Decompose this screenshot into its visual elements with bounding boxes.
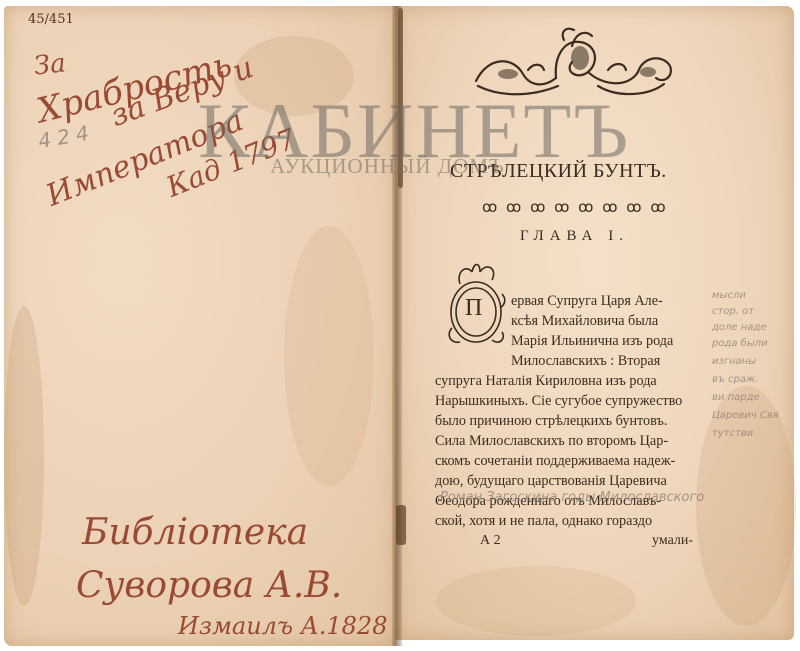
water-stain	[4, 306, 44, 606]
library-inscription: Библiотека	[82, 512, 308, 553]
text-line: дою, будущаго царствованiя Царевича	[435, 473, 667, 490]
inventory-number: 45/451	[28, 12, 74, 27]
text-line: было причиною стрѣлецкихъ бунтовъ.	[435, 413, 667, 430]
margin-note: стор. от	[712, 306, 754, 317]
library-inscription: Суворова А.В.	[76, 565, 342, 606]
text-line: скомъ сочетанiи поддерживаема надеж-	[435, 453, 675, 470]
catchword: умали-	[652, 533, 693, 549]
margin-note: изгнаны	[712, 356, 756, 367]
margin-note: доле наде	[712, 322, 767, 333]
margin-note: Царевич Свя	[712, 410, 779, 421]
text-line: ервая Супруга Царя Але-	[511, 293, 663, 310]
margin-note: рода были	[712, 338, 768, 349]
text-line: Марiя Ильинична изъ рода	[511, 333, 673, 350]
text-line: Сила Милославскихъ по второмъ Цар-	[435, 433, 668, 450]
water-stain	[284, 226, 374, 486]
water-stain	[436, 566, 636, 636]
signature-mark: А 2	[480, 533, 501, 549]
water-stain	[696, 386, 796, 626]
text-line: Милославскихъ : Вторая	[511, 353, 660, 370]
ornamental-divider: ꝏ ꝏ ꝏ ꝏ ꝏ ꝏ ꝏ ꝏ	[482, 198, 668, 216]
drop-cap-letter: П	[465, 295, 482, 322]
text-line: Нарышкиныхъ. Сiе сугубое супружество	[435, 393, 682, 410]
inscription-line: За	[33, 48, 68, 81]
text-line: ской, хотя и не пала, однако гораздо	[435, 513, 652, 530]
book-spread: 45/451 За Храбрость 4 2 4 за Веру и Импе…	[0, 0, 800, 651]
margin-note: въ сраж.	[712, 374, 758, 385]
margin-note: мысли	[712, 290, 746, 301]
text-line: супруга Наталiя Кириловна изъ рода	[435, 373, 657, 390]
watermark-sub: АУКЦИОННЫЙ ДОМЪ	[270, 154, 505, 179]
margin-note: тутстви	[712, 428, 753, 439]
spine-tear	[396, 505, 406, 545]
bottom-pencil-note: Роман Загоскина годы Милославского	[440, 490, 704, 505]
margin-note: ви парде	[712, 392, 760, 403]
chapter-heading: ГЛАВА I.	[520, 228, 629, 245]
text-line: ксѣя Михайловича была	[511, 313, 658, 330]
library-inscription: Измаилъ А.1828	[178, 612, 387, 640]
